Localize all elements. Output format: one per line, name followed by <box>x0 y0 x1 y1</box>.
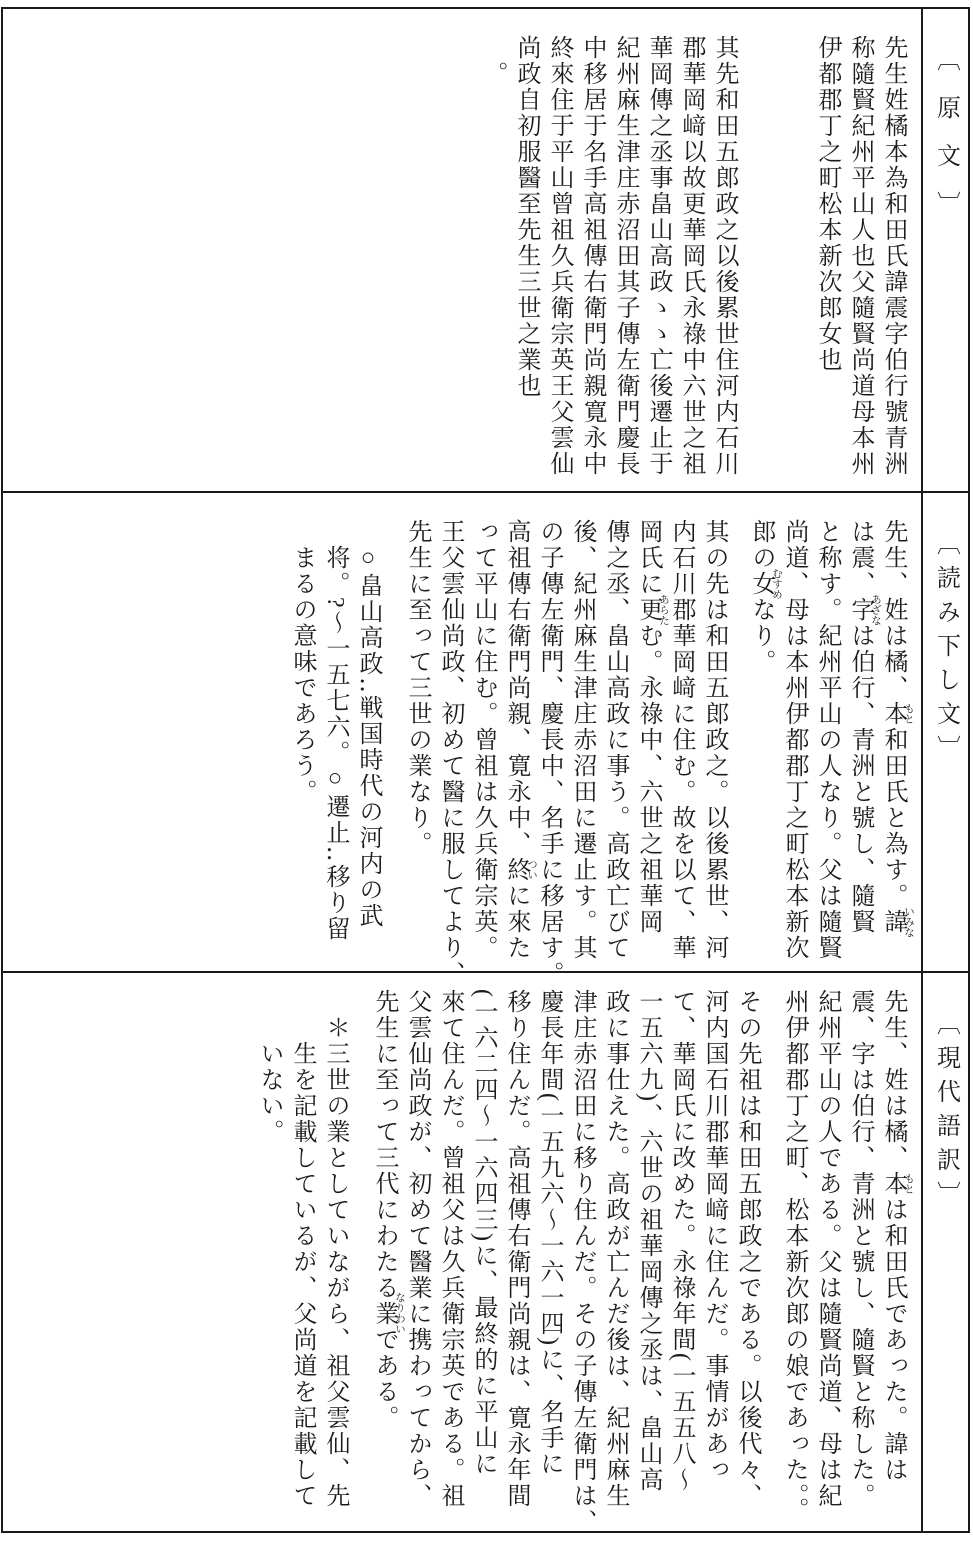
column-text: って平山に住む。曾祖は久兵衛宗英。 <box>470 519 496 961</box>
text-column: 父雲仙尚政が、初めて醫業に携わってから、 <box>400 989 433 1529</box>
genbun-content: 先生姓橘本為和田氏諱震字伯行號青洲称隨賢紀州平山人也父隨賢尚道母本州伊都郡丁之町… <box>3 9 921 491</box>
furigana: もと <box>903 1173 914 1194</box>
column-text: 一五六九)、六世の祖華岡傳之丞は、畠山高 <box>635 989 661 1493</box>
furigana: なりわい <box>394 1292 405 1334</box>
gendaigoyaku-content: 先生、姓は橘、本は和田氏であった。諱はもと震、字は伯行、青洲と號し、隨賢と称した… <box>3 973 921 1531</box>
furigana: いみな <box>903 906 914 938</box>
column-text: と称す。紀州平山の人なり。父は隨賢 <box>814 519 840 961</box>
furigana: あらた <box>658 594 669 626</box>
column-text: 華岡傳之丞事畠山高政ゝゝ亡後遷止于 <box>645 35 671 477</box>
text-column: 其の先は和田五郎政之。以後累世、河 <box>697 519 730 967</box>
text-column: 移り住んだ。高祖傳右衛門尚親は、寛永年間 <box>499 989 532 1529</box>
column-text: 其先和田五郎政之以後累世住河内石川 <box>711 35 737 477</box>
column-text: て、華岡氏に改めた。永祿年間(一五五八〜 <box>668 989 694 1493</box>
text-column: 中移居于名手高祖傳右衛門尚親寛永中 <box>575 35 608 487</box>
note-paragraph: ○畠山高政‥戦国時代の河内の武将。?〜一五七六。○遷止‥移り留まるの意味であろう… <box>285 519 384 967</box>
text-column: ＊三世の業としていながら、祖父雲仙、先 <box>318 989 351 1529</box>
yomikudashi-label-column: 〔読み下し文〕 <box>921 493 968 971</box>
column-text: 岡氏に更む。永祿中、六世之祖華岡 <box>635 519 661 935</box>
text-column: 称隨賢紀州平山人也父隨賢尚道母本州 <box>843 35 876 487</box>
column-text: 終來住于平山曾祖久兵衛宗英王父雲仙 <box>546 35 572 477</box>
column-text: 生を記載しているが、父尚道を記載して <box>289 1041 315 1509</box>
column-text: 高祖傳右衛門尚親、寛永中、終に來た <box>503 519 529 961</box>
paragraph: 先生、姓は橘、本は和田氏であった。諱はもと震、字は伯行、青洲と號し、隨賢と称した… <box>777 989 909 1529</box>
section-yomikudashi: 先生、姓は橘、本和田氏と為す。諱もといみなは震、字は伯行、青洲と號し、隨賢あざな… <box>3 491 968 971</box>
column-text: 河内国石川郡華岡﨑に住んだ。事情があっ <box>701 989 727 1483</box>
text-column: 津庄赤沼田に移り住んだ。その子傳左衛門は、 <box>565 989 598 1529</box>
paragraph: 其の先は和田五郎政之。以後累世、河内石川郡華岡﨑に住む。故を以て、華岡氏に更む。… <box>400 519 730 967</box>
column-text: ○畠山高政‥戦国時代の河内の武 <box>355 545 381 929</box>
paragraph: 先生姓橘本為和田氏諱震字伯行號青洲称隨賢紀州平山人也父隨賢尚道母本州伊都郡丁之町… <box>810 35 909 487</box>
text-column: 河内国石川郡華岡﨑に住んだ。事情があっ <box>697 989 730 1529</box>
text-column: 。 <box>476 35 509 487</box>
text-column: 來て住んだ。曾祖父は久兵衛宗英である。祖 <box>433 989 466 1529</box>
text-column: (一六二四〜一六四三)に、最終的に平山に <box>466 989 499 1529</box>
text-column: 尚政自初服醫至先生三世之業也 <box>509 35 542 487</box>
column-text: 郡華岡﨑以故更華岡氏永祿中六世之祖 <box>678 35 704 477</box>
document-frame: 先生姓橘本為和田氏諱震字伯行號青洲称隨賢紀州平山人也父隨賢尚道母本州伊都郡丁之町… <box>1 7 970 1533</box>
furigana: もと <box>903 703 914 724</box>
column-text: ＊三世の業としていながら、祖父雲仙、先 <box>322 1015 348 1509</box>
furigana: つい <box>526 859 537 880</box>
text-column: 慶長年間(一五九六〜一六一四)に、名手に <box>532 989 565 1529</box>
column-text: 先生に至って三代にわたる業である。 <box>371 989 397 1431</box>
text-column: 先生に至って三世の業なり。 <box>400 519 433 967</box>
text-column: 傳之丞、畠山高政に事う。高政亡びて <box>598 519 631 967</box>
text-column: 内石川郡華岡﨑に住む。故を以て、華 <box>664 519 697 967</box>
column-text: 後、紀州麻生津庄赤沼田に遷止す。其 <box>569 519 595 961</box>
column-text: 震、字は伯行、青洲と號し、隨賢と称した。 <box>847 989 873 1509</box>
text-column: 王父雲仙尚政、初めて醫に服してより、 <box>433 519 466 967</box>
column-text: その先祖は和田五郎政之である。以後代々、 <box>734 989 760 1509</box>
yomikudashi-content: 先生、姓は橘、本和田氏と為す。諱もといみなは震、字は伯行、青洲と號し、隨賢あざな… <box>3 493 921 971</box>
text-column: 震、字は伯行、青洲と號し、隨賢と称した。 <box>843 989 876 1529</box>
text-column: 州伊都郡丁之町、松本新次郎の娘であった。。 <box>777 989 810 1529</box>
paragraph: その先祖は和田五郎政之である。以後代々、河内国石川郡華岡﨑に住んだ。事情があって… <box>367 989 763 1529</box>
text-column: 其先和田五郎政之以後累世住河内石川 <box>707 35 740 487</box>
text-column: ○畠山高政‥戦国時代の河内の武 <box>351 519 384 967</box>
text-column: 終來住于平山曾祖久兵衛宗英王父雲仙 <box>542 35 575 487</box>
text-column: 後、紀州麻生津庄赤沼田に遷止す。其 <box>565 519 598 967</box>
column-text: 其の先は和田五郎政之。以後累世、河 <box>701 519 727 961</box>
text-column: 将。?〜一五七六。○遷止‥移り留 <box>318 519 351 967</box>
text-column: 先生に至って三代にわたる業である。なりわい <box>367 989 400 1529</box>
text-column: 先生、姓は橘、本は和田氏であった。諱はもと <box>876 989 909 1529</box>
text-column: の子傳左衛門、慶長中、名手に移居す。 <box>532 519 565 967</box>
furigana: むすめ <box>771 568 782 600</box>
column-text: 先生、姓は橘、本和田氏と為す。諱 <box>880 519 906 935</box>
text-column: は震、字は伯行、青洲と號し、隨賢あざな <box>843 519 876 967</box>
column-text: 内石川郡華岡﨑に住む。故を以て、華 <box>668 519 694 961</box>
text-column: 岡氏に更む。永祿中、六世之祖華岡あらた <box>631 519 664 967</box>
column-text: 父雲仙尚政が、初めて醫業に携わってから、 <box>404 989 430 1509</box>
text-column: 華岡傳之丞事畠山高政ゝゝ亡後遷止于 <box>641 35 674 487</box>
column-text: 尚道、母は本州伊都郡丁之町松本新次 <box>781 519 807 961</box>
text-column: まるの意味であろう。 <box>285 519 318 967</box>
text-column: 政に事仕えた。高政が亡んだ後は、紀州麻生 <box>598 989 631 1529</box>
text-column: 先生姓橘本為和田氏諱震字伯行號青洲 <box>876 35 909 487</box>
text-column: 伊都郡丁之町松本新次郎女也 <box>810 35 843 487</box>
column-text: 中移居于名手高祖傳右衛門尚親寛永中 <box>579 35 605 477</box>
column-text: 称隨賢紀州平山人也父隨賢尚道母本州 <box>847 35 873 477</box>
column-text: 。 <box>480 61 506 87</box>
text-column: 生を記載しているが、父尚道を記載して <box>285 989 318 1529</box>
text-column: と称す。紀州平山の人なり。父は隨賢 <box>810 519 843 967</box>
column-text: 将。?〜一五七六。○遷止‥移り留 <box>322 545 348 942</box>
column-text: いない。 <box>256 1041 282 1145</box>
text-column: 紀州平山の人である。父は隨賢尚道、母は紀 <box>810 989 843 1529</box>
column-text: まるの意味であろう。 <box>289 545 315 805</box>
text-column: 先生、姓は橘、本和田氏と為す。諱もといみな <box>876 519 909 967</box>
paragraph: 先生、姓は橘、本和田氏と為す。諱もといみなは震、字は伯行、青洲と號し、隨賢あざな… <box>744 519 909 967</box>
note-paragraph: ＊三世の業としていながら、祖父雲仙、先生を記載しているが、父尚道を記載していない… <box>252 989 351 1529</box>
gendaigoyaku-label-text: 〔現代語訳〕 <box>934 1011 958 1215</box>
column-text: 伊都郡丁之町松本新次郎女也 <box>814 35 840 373</box>
column-text: 來て住んだ。曾祖父は久兵衛宗英である。祖 <box>437 989 463 1509</box>
genbun-label-column: 〔原文〕 <box>921 9 968 491</box>
column-text: 尚政自初服醫至先生三世之業也 <box>513 35 539 399</box>
text-column: その先祖は和田五郎政之である。以後代々、 <box>730 989 763 1529</box>
text-column: 高祖傳右衛門尚親、寛永中、終に來たつい <box>499 519 532 967</box>
column-text: 紀州平山の人である。父は隨賢尚道、母は紀 <box>814 989 840 1509</box>
column-text: 先生姓橘本為和田氏諱震字伯行號青洲 <box>880 35 906 477</box>
hanaoka-seishu-biography-page: 先生姓橘本為和田氏諱震字伯行號青洲称隨賢紀州平山人也父隨賢尚道母本州伊都郡丁之町… <box>0 0 973 1541</box>
text-column: 紀州麻生津庄赤沼田其子傳左衛門慶長 <box>608 35 641 487</box>
column-text: 王父雲仙尚政、初めて醫に服してより、 <box>437 519 463 971</box>
column-text: は震、字は伯行、青洲と號し、隨賢 <box>847 519 873 935</box>
gendaigoyaku-label-column: 〔現代語訳〕 <box>921 973 968 1531</box>
column-text: 政に事仕えた。高政が亡んだ後は、紀州麻生 <box>602 989 628 1509</box>
text-column: 郡華岡﨑以故更華岡氏永祿中六世之祖 <box>674 35 707 487</box>
column-text: 慶長年間(一五九六〜一六一四)に、名手に <box>536 989 562 1477</box>
column-text: の子傳左衛門、慶長中、名手に移居す。 <box>536 519 562 971</box>
column-text: 先生に至って三世の業なり。 <box>404 519 430 857</box>
column-text: 先生、姓は橘、本は和田氏であった。諱は <box>880 989 906 1483</box>
text-column: 一五六九)、六世の祖華岡傳之丞は、畠山高 <box>631 989 664 1529</box>
text-column: て、華岡氏に改めた。永祿年間(一五五八〜 <box>664 989 697 1529</box>
section-genbun: 先生姓橘本為和田氏諱震字伯行號青洲称隨賢紀州平山人也父隨賢尚道母本州伊都郡丁之町… <box>3 9 968 491</box>
column-text: 傳之丞、畠山高政に事う。高政亡びて <box>602 519 628 961</box>
column-text: (一六二四〜一六四三)に、最終的に平山に <box>470 989 496 1477</box>
paragraph: 其先和田五郎政之以後累世住河内石川郡華岡﨑以故更華岡氏永祿中六世之祖華岡傳之丞事… <box>476 35 740 487</box>
furigana: あざな <box>870 594 881 626</box>
genbun-label-text: 〔原文〕 <box>934 47 958 239</box>
column-text: 紀州麻生津庄赤沼田其子傳左衛門慶長 <box>612 35 638 477</box>
section-gendaigoyaku: 先生、姓は橘、本は和田氏であった。諱はもと震、字は伯行、青洲と號し、隨賢と称した… <box>3 971 968 1531</box>
text-column: って平山に住む。曾祖は久兵衛宗英。 <box>466 519 499 967</box>
column-text: 津庄赤沼田に移り住んだ。その子傳左衛門は、 <box>569 989 595 1531</box>
text-column: 郎の女なり。むすめ <box>744 519 777 967</box>
column-text: 移り住んだ。高祖傳右衛門尚親は、寛永年間 <box>503 989 529 1509</box>
text-column: いない。 <box>252 989 285 1529</box>
yomikudashi-label-text: 〔読み下し文〕 <box>934 531 958 769</box>
column-text: 州伊都郡丁之町、松本新次郎の娘であった。。 <box>781 989 807 1523</box>
